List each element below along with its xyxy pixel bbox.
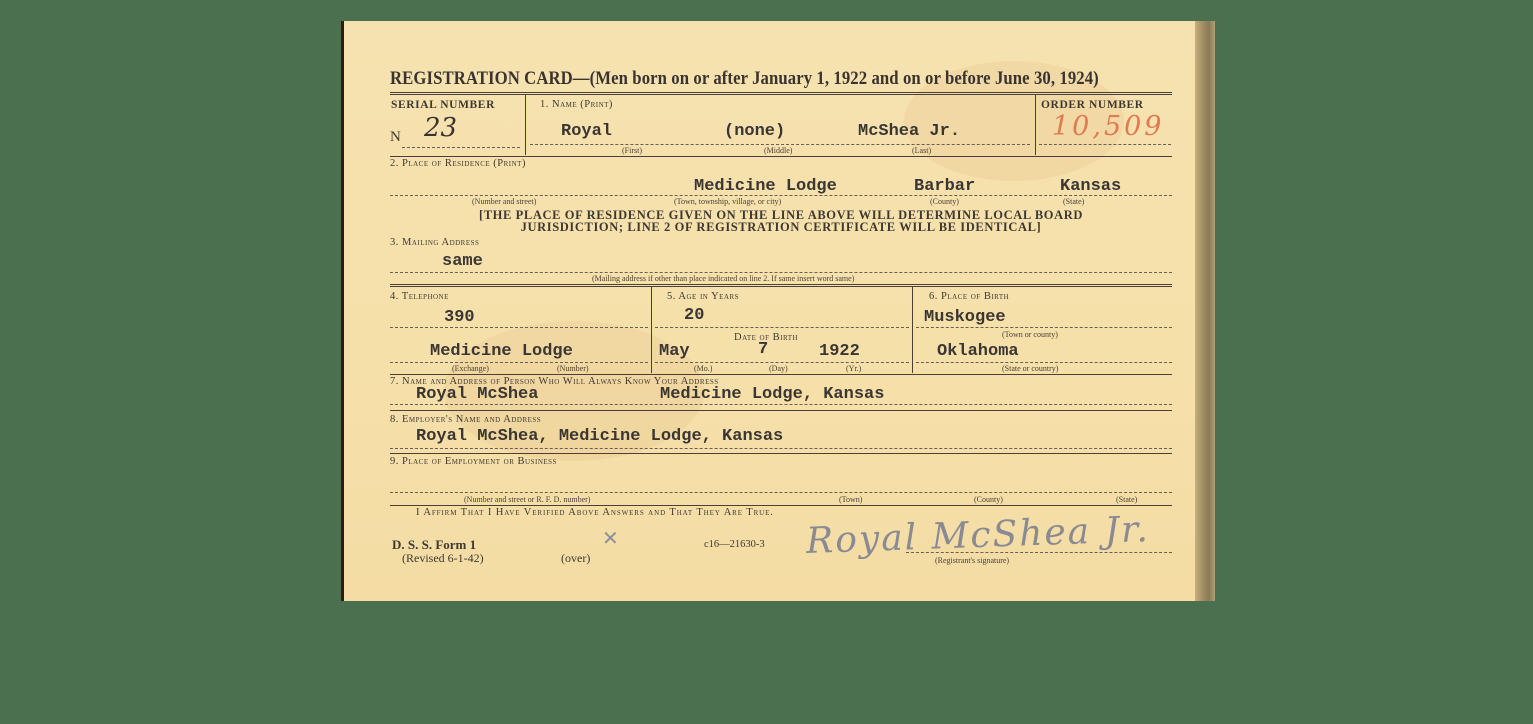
middle-caption: (Middle) [764,146,792,155]
card-title: REGISTRATION CARD—(Men born on or after … [390,68,1099,90]
section-rule [390,156,1172,157]
order-number-label: ORDER NUMBER [1041,99,1144,111]
order-number-value: 10,509 [1052,111,1164,142]
section-rule [390,374,1172,375]
birthplace-state-value: Oklahoma [937,342,1019,361]
serial-number-line [402,147,520,148]
age-label: 5. Age in Years [667,291,739,302]
worn-paper-edge [1195,21,1215,601]
first-name-value: Royal [561,122,612,141]
street-caption: (Number and street) [472,197,536,206]
mailing-address-label: 3. Mailing Address [390,237,479,248]
serial-number-label: SERIAL NUMBER [391,99,495,111]
telephone-number-value: 390 [444,308,475,327]
mailing-caption: (Mailing address if other than place ind… [592,274,854,283]
state-caption: (State) [1063,197,1084,206]
town-county-caption: (Town or county) [1002,330,1058,339]
state-country-caption: (State or country) [1002,364,1058,373]
age-line [655,327,909,328]
pencil-check-mark: ✕ [602,526,619,550]
jurisdiction-notice: [THE PLACE OF RESIDENCE GIVEN ON THE LIN… [390,209,1172,233]
town-caption: (Town, township, village, or city) [674,197,781,206]
employment-line [390,492,1172,493]
exchange-line [390,362,648,363]
employment-street-caption: (Number and street or R. F. D. number) [464,495,590,504]
print-code: c16—21630-3 [704,539,765,550]
section-rule [390,505,1172,506]
month-caption: (Mo.) [694,364,712,373]
residence-county-value: Barbar [914,177,975,196]
birth-day-value: 7 [758,340,768,359]
last-name-value: McShea Jr. [858,122,960,141]
signature-caption: (Registrant's signature) [935,556,1009,565]
birthplace-label: 6. Place of Birth [929,291,1009,302]
name-line [530,144,1030,145]
serial-prefix: N [390,129,401,146]
contact-address-value: Medicine Lodge, Kansas [660,385,884,404]
registration-card: REGISTRATION CARD—(Men born on or after … [341,21,1215,601]
section-rule [390,453,1172,454]
birthplace-town-value: Muskogee [924,308,1006,327]
affirmation-text: I Affirm That I Have Verified Above Answ… [416,507,774,518]
employer-label: 8. Employer's Name and Address [390,414,541,425]
birthplace-town-line [916,327,1172,328]
employer-value: Royal McShea, Medicine Lodge, Kansas [416,427,783,446]
year-caption: (Yr.) [846,364,861,373]
order-number-line [1039,144,1171,145]
mailing-line [390,272,1172,273]
section-rule [390,284,1172,287]
first-caption: (First) [622,146,642,155]
middle-name-value: (none) [724,122,785,141]
employer-line [390,448,1172,449]
residence-line [390,195,1172,196]
title-rule [390,92,1172,95]
contact-line [390,404,1172,405]
serial-number-value: 23 [424,113,457,143]
registrant-signature: Royal McShea Jr. [805,509,1150,562]
divider [912,287,913,373]
divider [1035,95,1036,155]
exchange-caption: (Exchange) [452,364,489,373]
residence-town-value: Medicine Lodge [694,177,837,196]
birth-year-value: 1922 [819,342,860,361]
divider [651,287,652,373]
section-rule [390,410,1172,411]
birth-month-value: May [659,342,690,361]
over-note: (over) [561,551,590,566]
telephone-exchange-value: Medicine Lodge [430,342,573,361]
county-caption: (County) [930,197,959,206]
employment-town-caption: (Town) [839,495,862,504]
contact-name-value: Royal McShea [416,385,538,404]
last-caption: (Last) [912,146,931,155]
notice-line-2: JURISDICTION; LINE 2 OF REGISTRATION CER… [390,221,1172,233]
name-label: 1. Name (Print) [540,99,613,110]
birthplace-state-line [916,362,1172,363]
day-caption: (Day) [769,364,788,373]
signature-line [906,552,1172,553]
employment-state-caption: (State) [1116,495,1137,504]
telephone-label: 4. Telephone [390,291,449,302]
employment-county-caption: (County) [974,495,1003,504]
residence-state-value: Kansas [1060,177,1121,196]
dob-line [655,362,909,363]
place-of-employment-label: 9. Place of Employment or Business [390,456,557,467]
age-value: 20 [684,306,704,325]
divider [525,95,526,155]
form-revised: (Revised 6-1-42) [402,551,484,566]
mailing-address-value: same [442,252,483,271]
number-caption: (Number) [557,364,589,373]
telephone-line [390,327,648,328]
residence-label: 2. Place of Residence (Print) [390,158,526,169]
